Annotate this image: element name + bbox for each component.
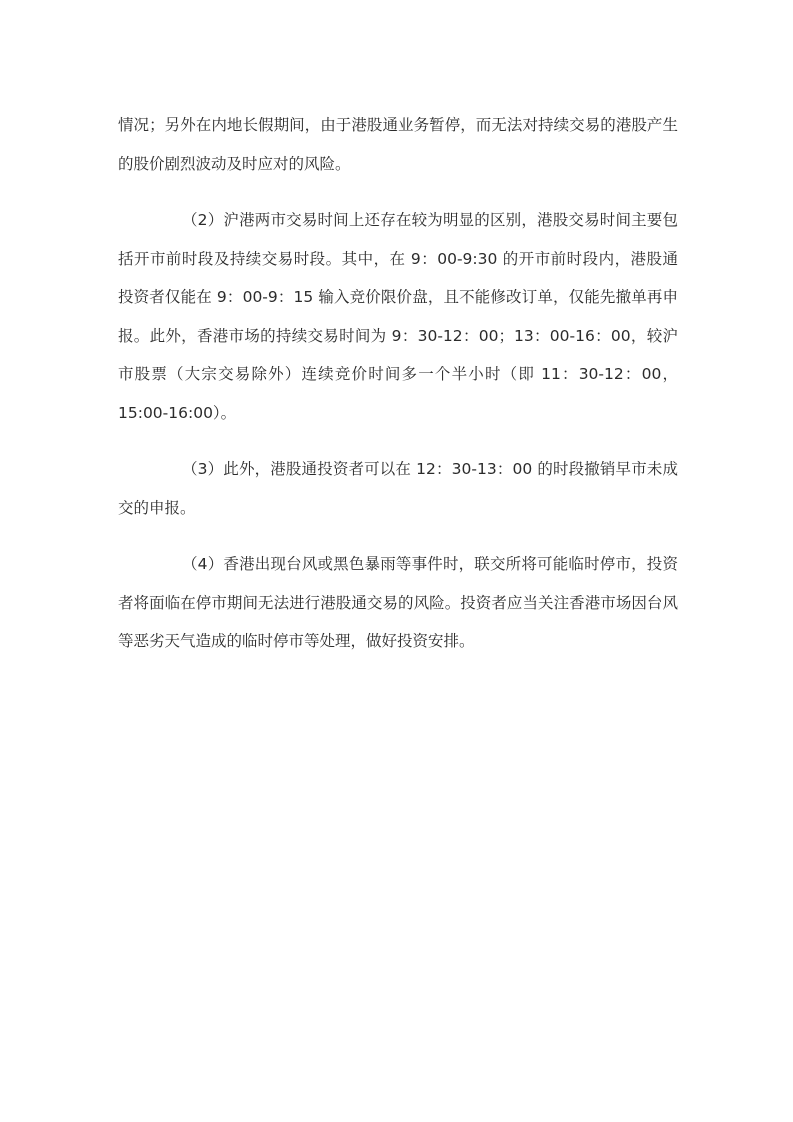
paragraph-continuation: 情况；另外在内地长假期间，由于港股通业务暂停，而无法对持续交易的港股产生的股价剧… xyxy=(118,106,678,183)
paragraph-item-2: （2）沪港两市交易时间上还存在较为明显的区别，港股交易时间主要包括开市前时段及持… xyxy=(118,201,678,432)
paragraph-gap xyxy=(118,432,678,450)
paragraph-item-3: （3）此外，港股通投资者可以在 12：30-13：00 的时段撤销早市未成交的申… xyxy=(118,450,678,527)
paragraph-gap xyxy=(118,183,678,201)
document-page: 情况；另外在内地长假期间，由于港股通业务暂停，而无法对持续交易的港股产生的股价剧… xyxy=(118,106,678,661)
paragraph-item-4: （4）香港出现台风或黑色暴雨等事件时，联交所将可能临时停市，投资者将面临在停市期… xyxy=(118,545,678,661)
paragraph-gap xyxy=(118,527,678,545)
